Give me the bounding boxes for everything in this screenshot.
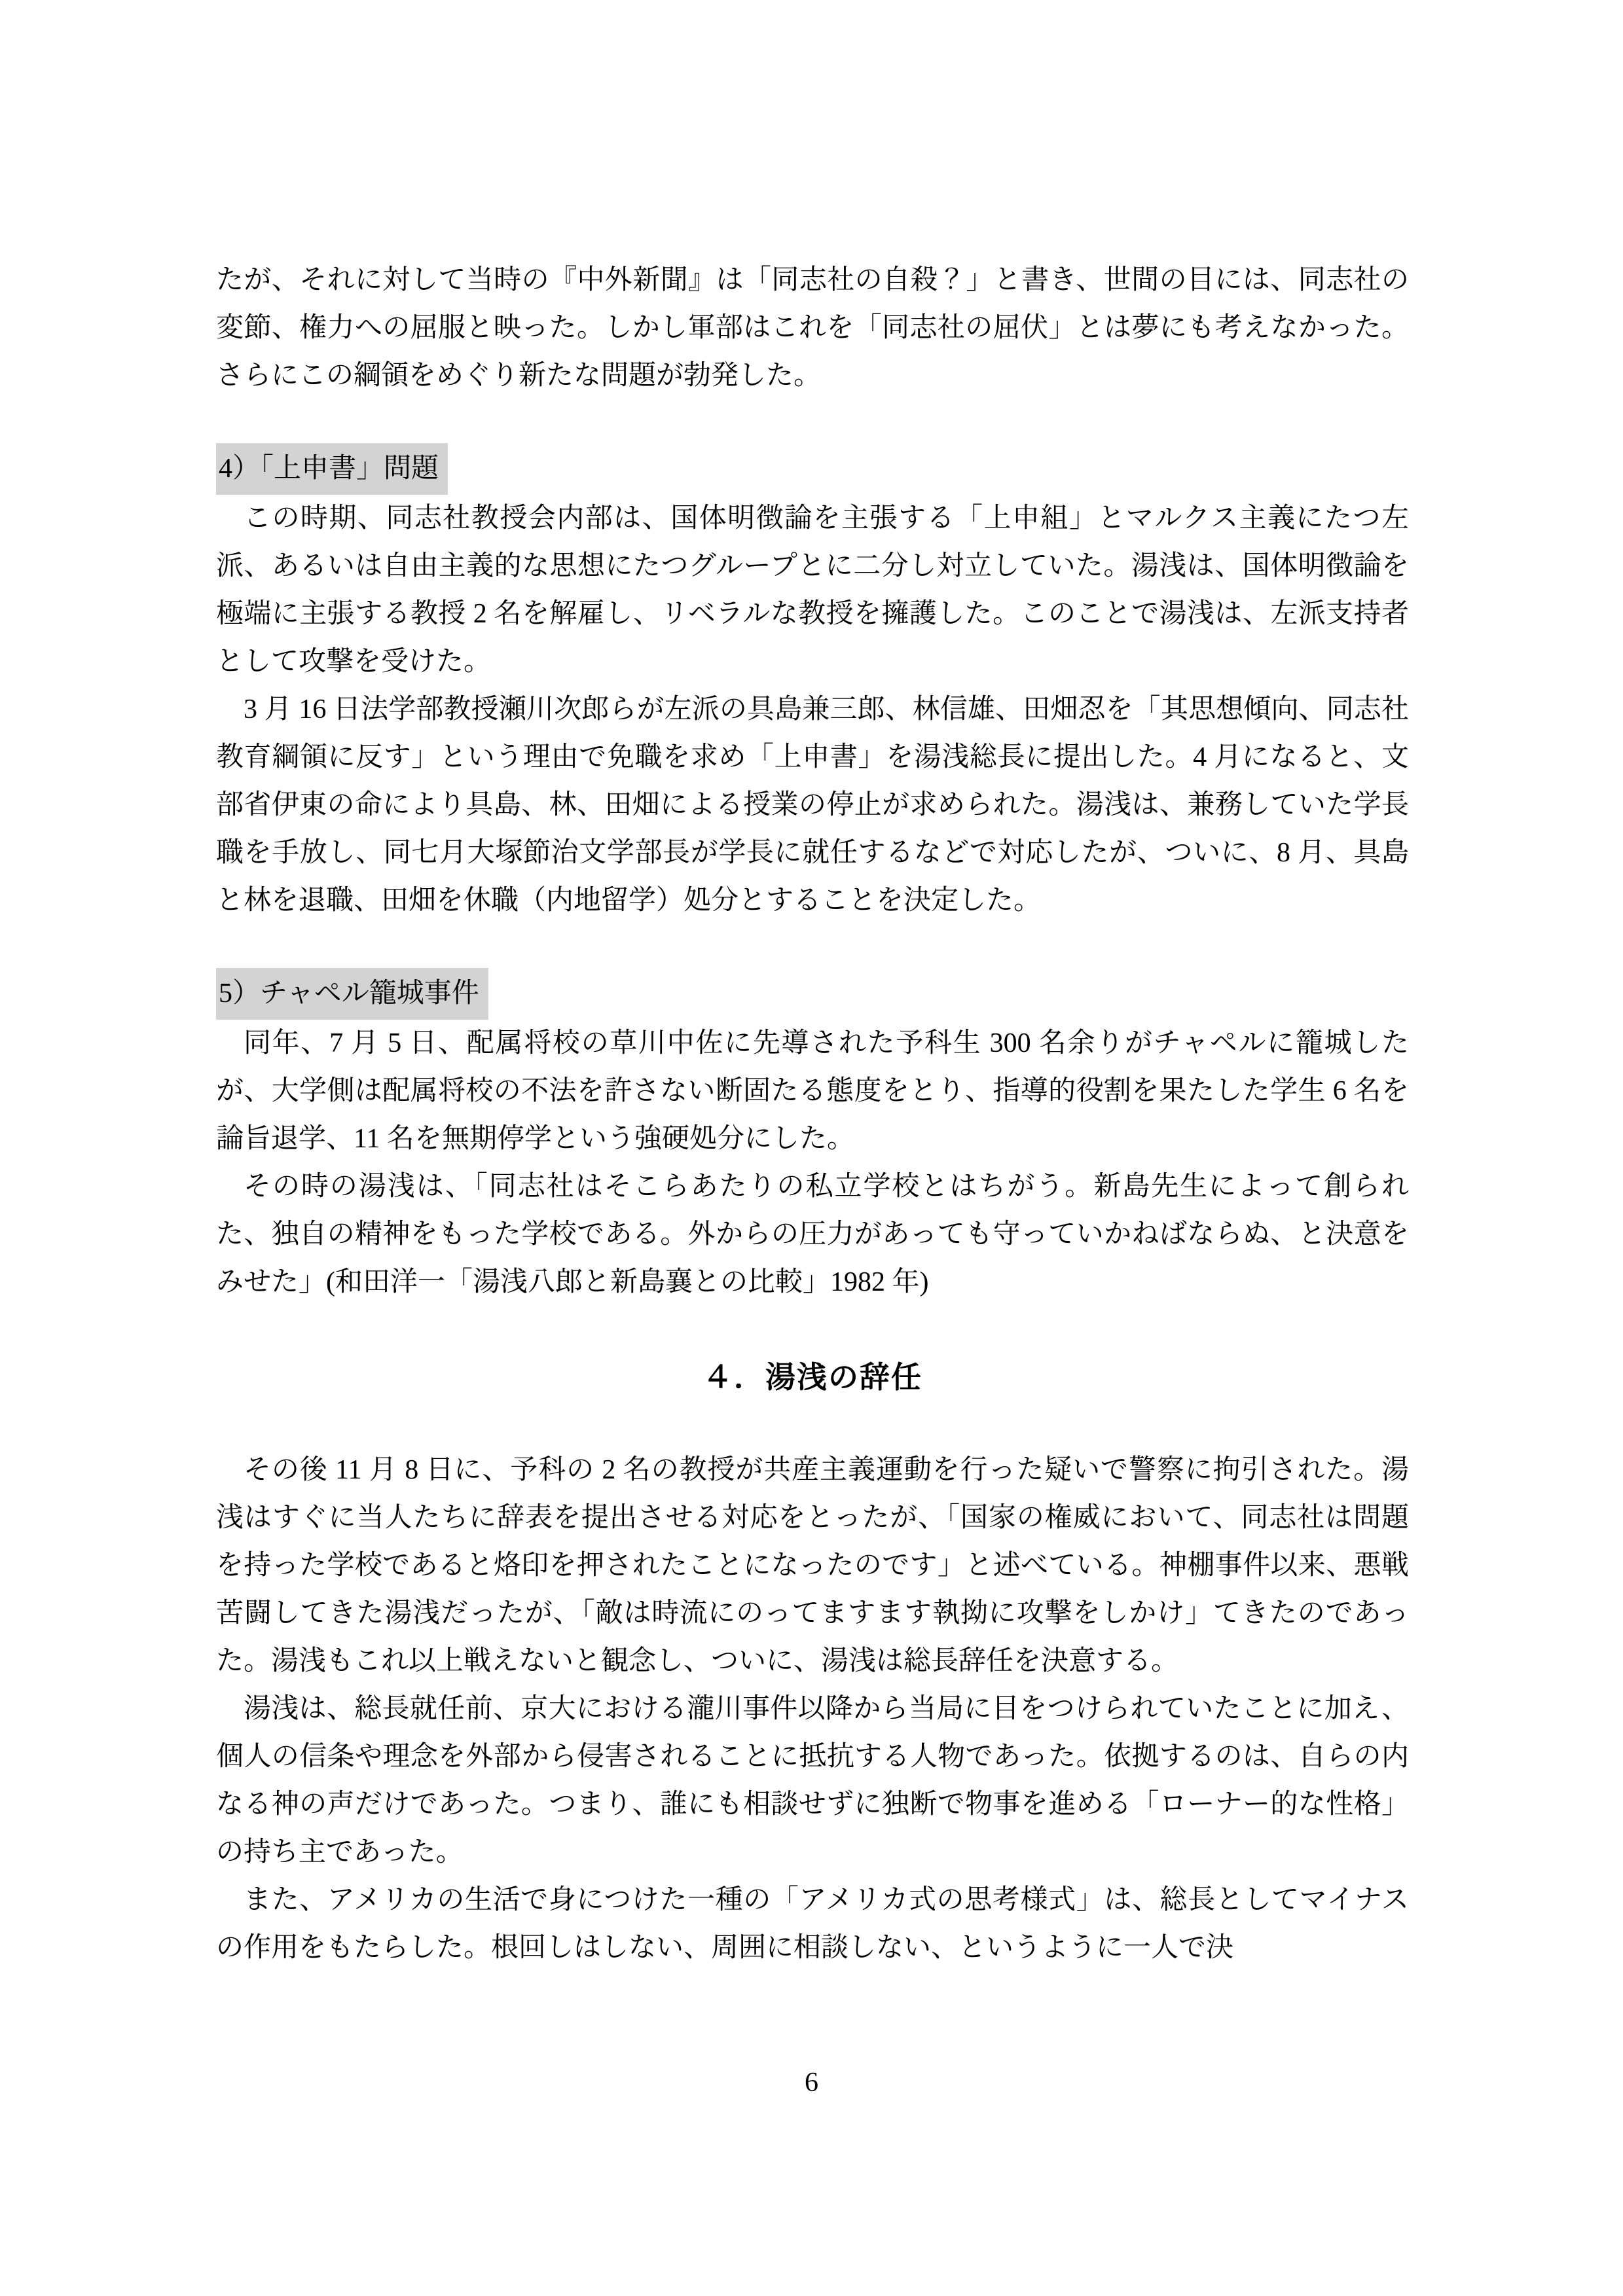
chapter4-paragraph-2: 湯浅は、総長就任前、京大における瀧川事件以降から当局に目をつけられていたことに加… bbox=[216, 1685, 1409, 1876]
chapter-4-title: ４．湯浅の辞任 bbox=[216, 1357, 1409, 1397]
subsection-4-heading-text: 4）「上申書」問題 bbox=[216, 443, 448, 495]
section4-paragraph-1: この時期、同志社教授会内部は、国体明徴論を主張する「上申組」とマルクス主義にたつ… bbox=[216, 495, 1409, 686]
subsection-4-heading: 4）「上申書」問題 bbox=[216, 443, 1409, 495]
document-body: たが、それに対して当時の『中外新聞』は「同志社の自殺？」と書き、世間の目には、同… bbox=[216, 257, 1409, 1972]
section5-paragraph-1: 同年、7 月 5 日、配属将校の草川中佐に先導された予科生 300 名余りがチャ… bbox=[216, 1020, 1409, 1163]
subsection-5-heading: 5）チャペル籠城事件 bbox=[216, 968, 1409, 1020]
subsection-5-heading-text: 5）チャペル籠城事件 bbox=[216, 968, 488, 1020]
chapter4-paragraph-1: その後 11 月 8 日に、予科の 2 名の教授が共産主義運動を行った疑いで警察… bbox=[216, 1446, 1409, 1685]
page-number: 6 bbox=[0, 2063, 1623, 2102]
section5-paragraph-2: その時の湯浅は、「同志社はそこらあたりの私立学校とはちがう。新島先生によって創ら… bbox=[216, 1163, 1409, 1306]
document-page: たが、それに対して当時の『中外新聞』は「同志社の自殺？」と書き、世間の目には、同… bbox=[0, 0, 1623, 2296]
section4-paragraph-2: 3 月 16 日法学部教授瀬川次郎らが左派の具島兼三郎、林信雄、田畑忍を「其思想… bbox=[216, 686, 1409, 925]
intro-paragraph: たが、それに対して当時の『中外新聞』は「同志社の自殺？」と書き、世間の目には、同… bbox=[216, 257, 1409, 400]
chapter4-paragraph-3: また、アメリカの生活で身につけた一種の「アメリカ式の思考様式」は、総長としてマイ… bbox=[216, 1876, 1409, 1972]
